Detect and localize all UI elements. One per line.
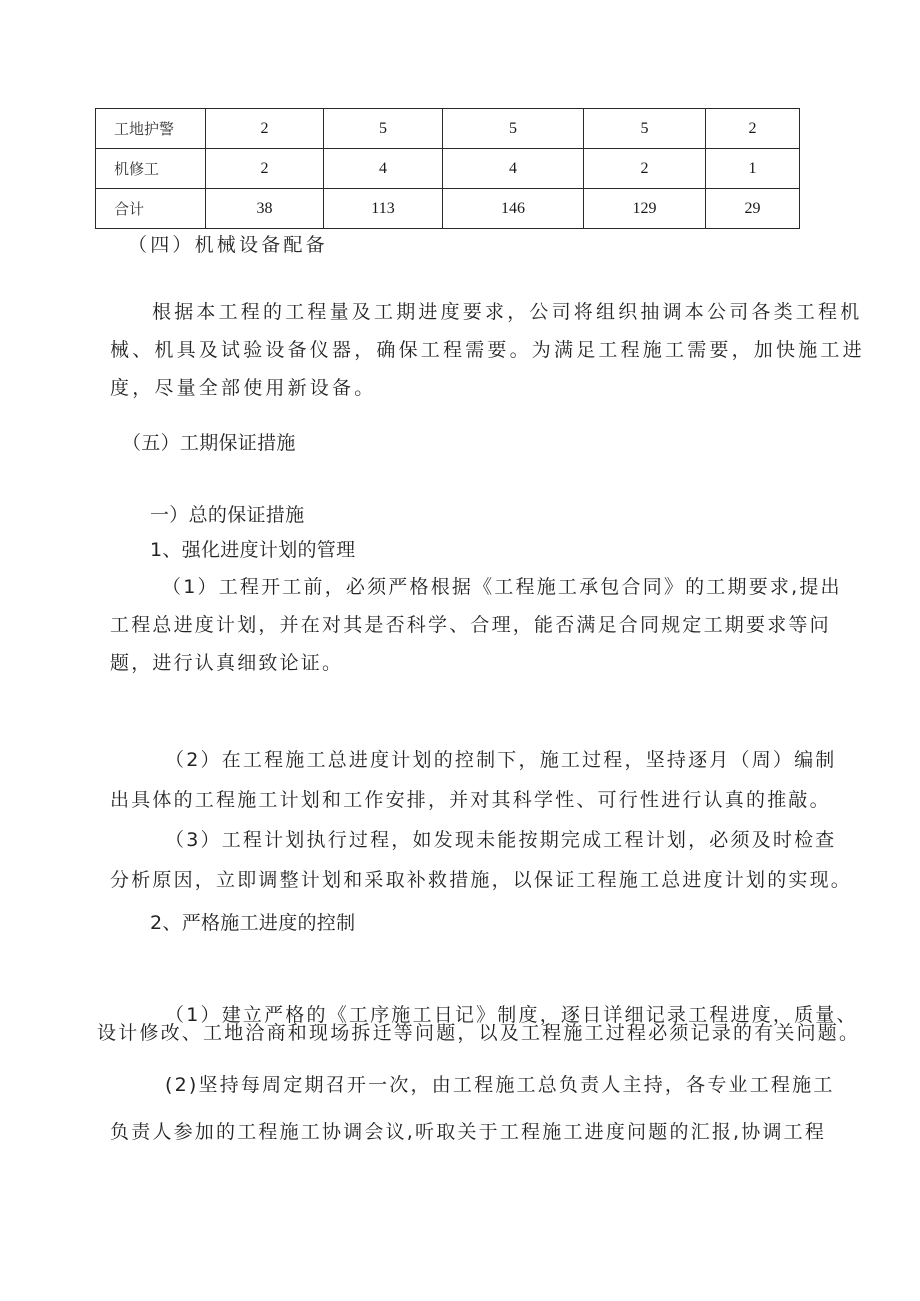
paragraph-line: （2）在工程施工总进度计划的控制下，施工过程，坚持逐月（周）编制 (165, 749, 837, 771)
row-label: 工地护警 (96, 109, 206, 149)
paragraph-line: 械、机具及试验设备仪器，确保工程需要。为满足工程施工需要，加快施工进 (110, 339, 865, 361)
paragraph-line: 设计修改、工地洽商和现场拆迁等问题，以及工程施工过程必须记录的有关问题。 (97, 1022, 860, 1044)
paragraph-line: 负责人参加的工程施工协调会议,听取关于工程施工进度问题的汇报,协调工程 (110, 1121, 826, 1143)
paragraph-line: 度，尽量全部使用新设备。 (110, 377, 376, 399)
table-cell: 29 (706, 189, 800, 229)
table-cell: 129 (584, 189, 706, 229)
table-cell: 5 (443, 109, 584, 149)
table-row-total: 合计 38 113 146 129 29 (96, 189, 800, 229)
table-cell: 2 (206, 149, 324, 189)
paragraph-line: 出具体的工程施工计划和工作安排，并对其科学性、可行性进行认真的推敲。 (110, 789, 831, 811)
document-page: 工地护警 2 5 5 5 2 机修工 2 4 4 2 1 合计 38 113 1… (0, 0, 920, 1301)
table-cell: 2 (706, 109, 800, 149)
table-cell: 5 (324, 109, 443, 149)
table-cell: 2 (584, 149, 706, 189)
paragraph-line: 分析原因，立即调整计划和采取补救措施，以保证工程施工总进度计划的实现。 (110, 869, 852, 891)
table-cell: 4 (324, 149, 443, 189)
paragraph-line: （1）工程开工前，必须严格根据《工程施工承包合同》的工期要求,提出 (162, 576, 842, 598)
paragraph-line: 工程总进度计划，并在对其是否科学、合理，能否满足合同规定工期要求等问 (110, 614, 831, 636)
table-row: 工地护警 2 5 5 5 2 (96, 109, 800, 149)
table-row: 机修工 2 4 4 2 1 (96, 149, 800, 189)
table-cell: 146 (443, 189, 584, 229)
item-title: 2、严格施工进度的控制 (150, 912, 355, 934)
section-heading: （四）机械设备配备 (128, 234, 328, 256)
staffing-table: 工地护警 2 5 5 5 2 机修工 2 4 4 2 1 合计 38 113 1… (95, 108, 800, 229)
paragraph-line: （3）工程计划执行过程，如发现未能按期完成工程计划，必须及时检查 (165, 829, 837, 851)
subheading: 一）总的保证措施 (150, 504, 304, 526)
paragraph-line: (2)坚持每周定期召开一次，由工程施工总负责人主持，各专业工程施工 (165, 1074, 835, 1096)
item-title: 1、强化进度计划的管理 (150, 539, 355, 561)
row-label: 合计 (96, 189, 206, 229)
paragraph-line: 根据本工程的工程量及工期进度要求，公司将组织抽调本公司各类工程机 (152, 301, 862, 323)
table-cell: 38 (206, 189, 324, 229)
table-cell: 2 (206, 109, 324, 149)
table-cell: 1 (706, 149, 800, 189)
table-cell: 4 (443, 149, 584, 189)
paragraph-line: 题，进行认真细致论证。 (110, 652, 343, 674)
table-cell: 5 (584, 109, 706, 149)
table-cell: 113 (324, 189, 443, 229)
section-heading: （五）工期保证措施 (122, 432, 296, 454)
row-label: 机修工 (96, 149, 206, 189)
